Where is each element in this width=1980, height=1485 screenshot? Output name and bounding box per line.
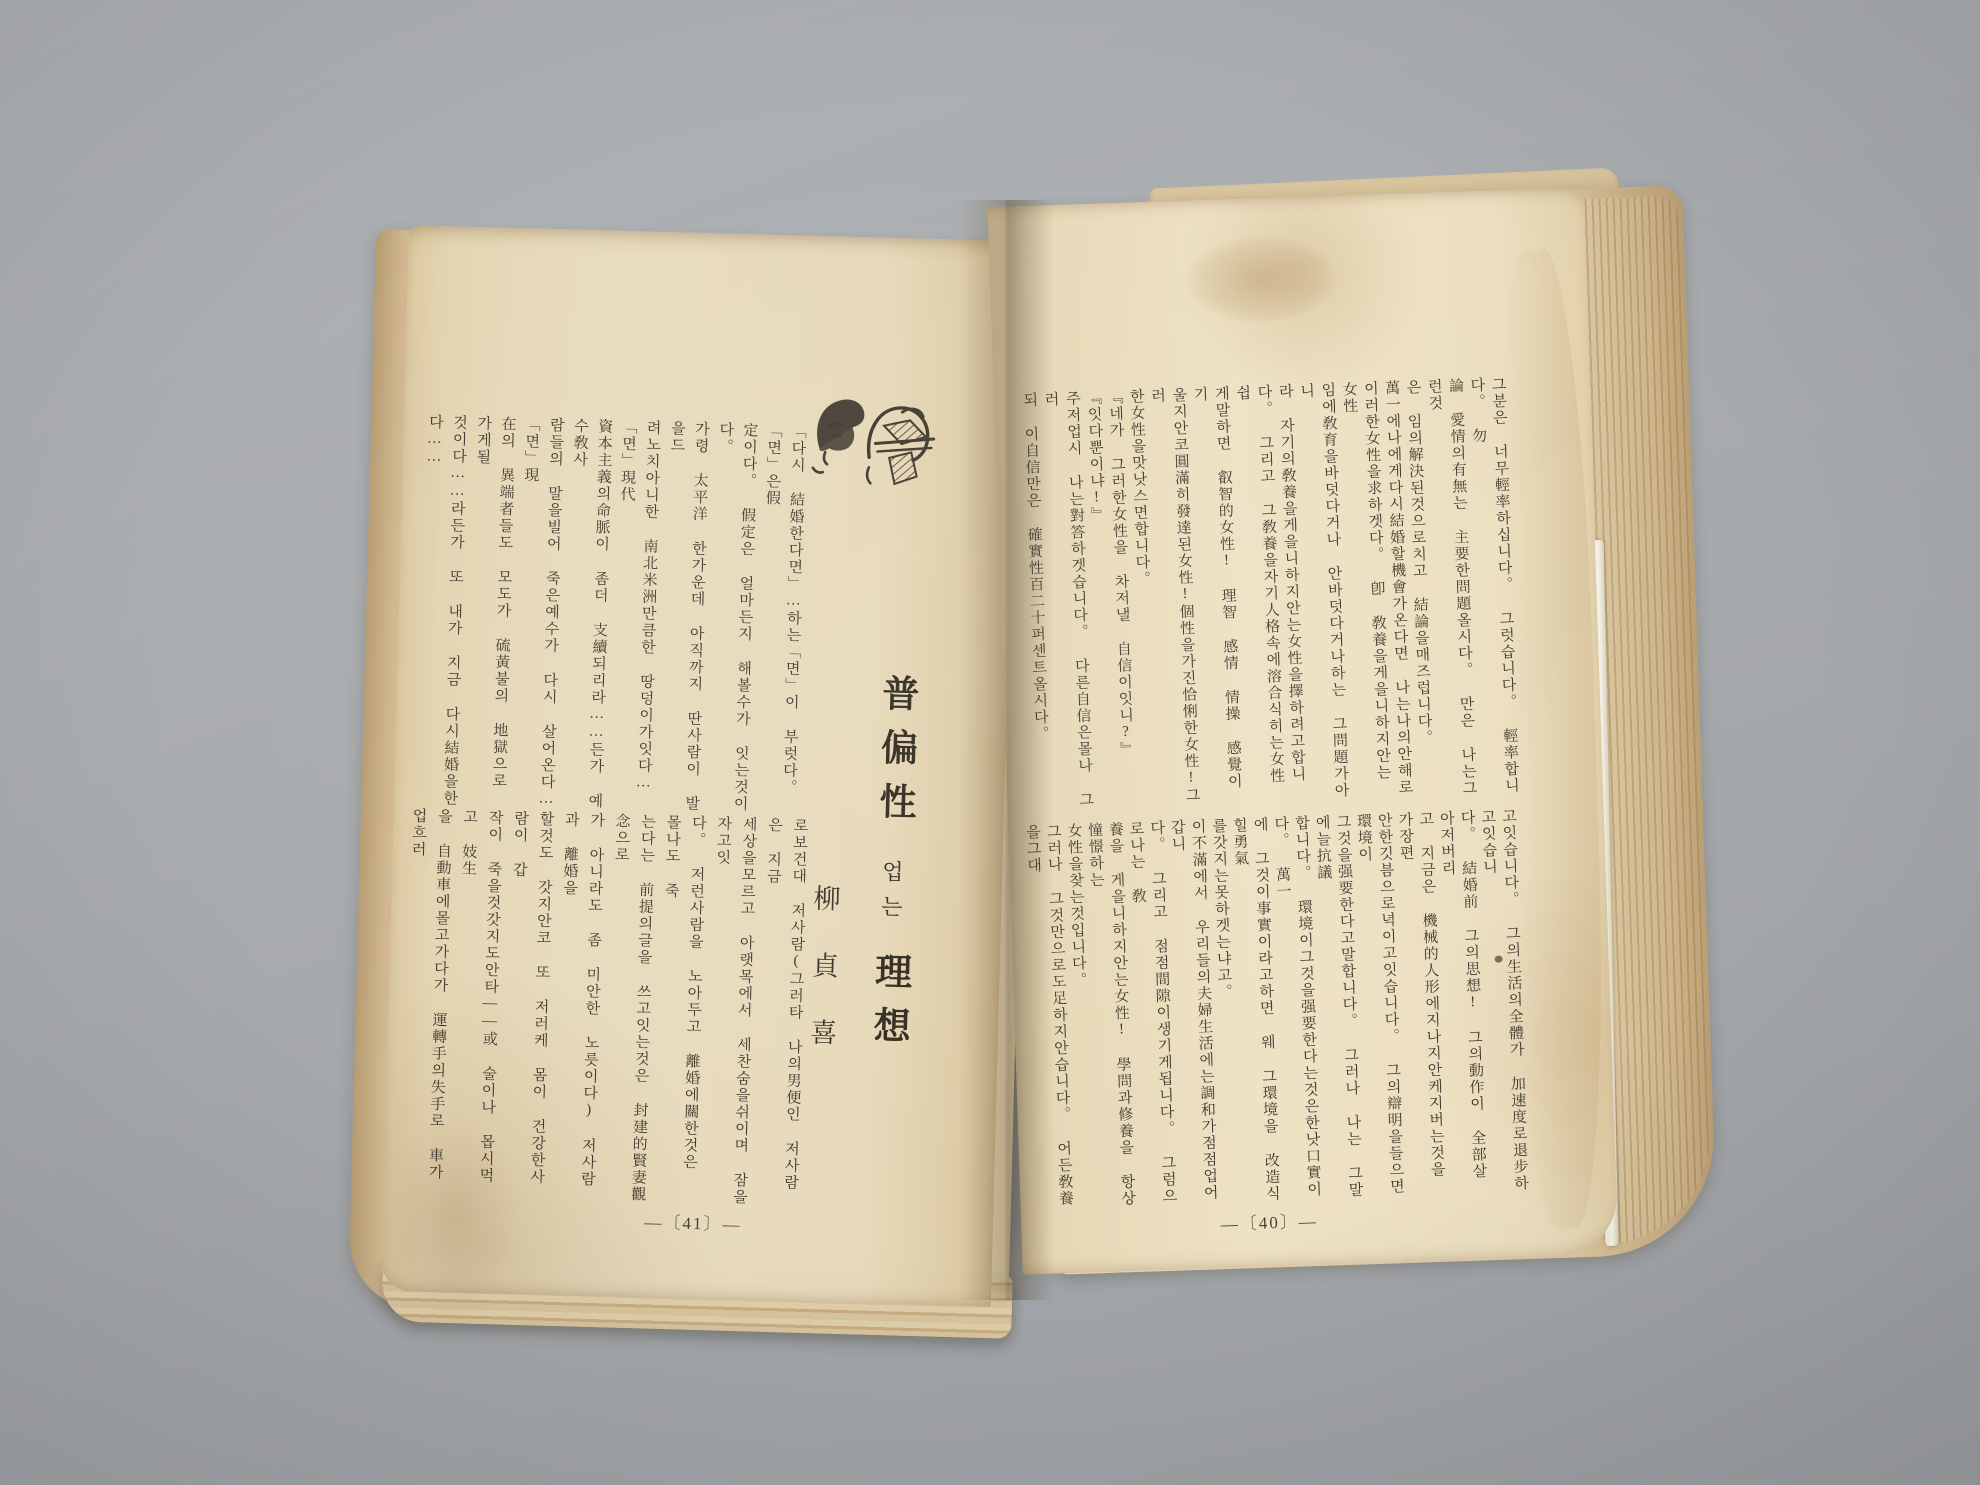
text-column: 다。 저런사람을 노아두고 離婚에關한것은 몰나도 죽: [649, 814, 710, 1205]
right-page-text-band-bottom: 고잇습니다。 그의生活의全體가 加速度로退步하고잇습니다。 結婚前 그의思想! …: [1020, 808, 1531, 1210]
title-hanja-tail: 理想: [866, 930, 910, 1061]
title-hangul-particle: 업는: [878, 836, 905, 931]
text-column: 을 自動車에몰고가다가 運轉手의失手로 車가 업흐러: [395, 807, 456, 1198]
article-title-block: 普偏性업는理想 柳貞喜: [780, 384, 945, 1267]
article-title: 普偏性업는理想: [858, 673, 923, 1094]
text-column: 할것도 갓지안코 또 저러케 몸이 건강한사람이 갑: [497, 810, 558, 1201]
left-page: 「다시 結婚한다면」…하는「면」이 부럿다。「면」은假定이다。 假定은 얼마든지…: [381, 225, 1019, 1307]
page-stain: [1185, 234, 1338, 325]
author-name: 柳貞喜: [797, 884, 845, 1245]
text-column: 작이 죽을것갓지도안타——或 술이나 몹시먹고 妓生: [446, 809, 507, 1200]
right-page-text-band-top: 그분은 너무輕率하십니다。 그럿습니다。 輕率합니다。 勿論 愛情의有無는 主要…: [1018, 376, 1522, 812]
two-faces-illustration: [804, 390, 939, 509]
text-column: 세상을모르고 아랫목에서 세찬숨을쉬이며 잠을자고잇: [700, 815, 761, 1206]
text-column: 는다는 前提의글을 쓰고잇는것은 封建的賢妻觀念으로: [598, 813, 659, 1204]
text-column: 가 아니라도 좀 미안한 노릇이다) 저사람과 離婚을: [547, 811, 608, 1202]
right-page: 그분은 너무輕率하십니다。 그럿습니다。 輕率합니다。 勿論 愛情의有無는 主要…: [987, 187, 1618, 1274]
left-page-text-band-bottom: 로보건대 저사람(그러타 나의男便인 저사람은 지금세상을모르고 아랫목에서 세…: [394, 807, 812, 1208]
page-number-41: —〔41〕—: [603, 1207, 784, 1237]
left-page-text-band-top: 「다시 結婚한다면」…하는「면」이 부럿다。「면」은假定이다。 假定은 얼마든지…: [412, 414, 810, 820]
page-number-40: —〔40〕—: [1179, 1205, 1360, 1236]
title-hanja-lead: 普偏性: [872, 674, 917, 837]
